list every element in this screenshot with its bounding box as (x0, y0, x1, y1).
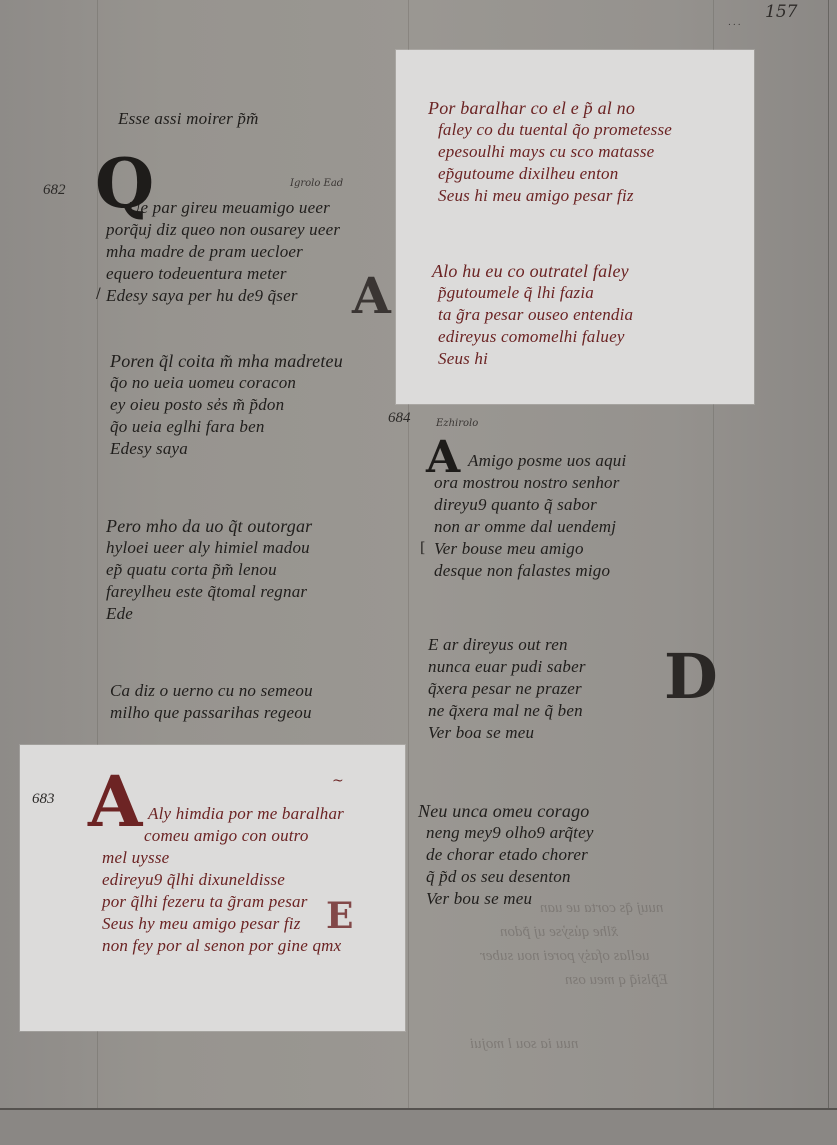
verse-line: Seus hi meu amigo pesar fiz (428, 185, 672, 207)
folio-number: 157 (765, 2, 797, 22)
verse-line: Aly himdia por me baralhar (102, 803, 344, 825)
verse-line: Pero mho da uo q̃t outorgar (106, 515, 312, 537)
stanza-e: E ar direyus out ren nunca euar pudi sab… (428, 634, 586, 744)
verse-line: direyu9 quanto q̃ sabor (434, 494, 626, 516)
verse-line: nunca euar pudi saber (428, 656, 586, 678)
verse-line: faley co du tuental q̃o prometesse (428, 119, 672, 141)
verse-line: Alo hu eu co outratel faley (432, 260, 633, 282)
verse-line: fareylheu este q̃tomal regnar (106, 581, 312, 603)
verse-line: q̃xera pesar ne prazer (428, 678, 586, 700)
verse-line: Esse assi moirer p̃m̃ (118, 108, 259, 130)
verse-line: Amigo posme uos aqui (434, 450, 626, 472)
verse-line: Ver bou se meu (418, 888, 594, 910)
stanza-top-right: Por baralhar co el e p̃ al no faley co d… (428, 97, 672, 207)
verse-line: ora mostrou nostro senhor (434, 472, 626, 494)
verse-line: non fey por al senon por gine qmx (102, 935, 344, 957)
verse-line: Ver boa se meu (428, 722, 586, 744)
ornament-mark: ~ (332, 773, 344, 789)
verse-line: mel uysse (102, 847, 344, 869)
stanza-3: Pero mho da uo q̃t outorgar hyloei ueer … (106, 515, 312, 625)
verse-line: milho que passarihas regeou (110, 702, 313, 724)
verse-line: neng mey9 olho9 arq̃tey (418, 822, 594, 844)
stanza-2: Poren q̃l coita m̃ mha madreteu q̃o no u… (110, 350, 343, 460)
verse-line: edireyu9 q̃lhi dixuneldisse (102, 869, 344, 891)
verse-line: Ue par gireu meuamigo ueer (120, 197, 340, 219)
refrain-mark: [ (420, 540, 425, 556)
margin-rule-edge (828, 0, 829, 1108)
verse-line: ey oieu posto se̓s m̃ p̃don (110, 394, 343, 416)
verse-line: de chorar etado chorer (418, 844, 594, 866)
stanza-n: Neu unca omeu corago neng mey9 olho9 arq… (418, 800, 594, 910)
verse-line: q̃o no ueia uomeu coracon (110, 372, 343, 394)
bleed-through-line: Ep̃lsiq̃ q meu osn (565, 972, 668, 989)
verse-line: non ar omme dal uendemj (434, 516, 626, 538)
poem-number-682: 682 (43, 182, 66, 199)
verse-line: Edesy saya per hu de9 q̃ser (106, 285, 340, 307)
poem-number-683: 683 (32, 791, 55, 808)
verse-line: q̃o ueia eglhi fara ben (110, 416, 343, 438)
verse-line: q̃ p̃d os seu desenton (418, 866, 594, 888)
bleed-through-line: x̃lhe qu̓sy̓se uj p̃don (500, 924, 618, 941)
highlighted-region-bottom-left: 683 A ~ Aly himdia por me baralhar comeu… (20, 745, 405, 1031)
verse-line: ep̃gutoume dixilheu enton (428, 163, 672, 185)
margin-note-682: Igrolo Ead (290, 178, 343, 189)
verse-line: Ca diz o uerno cu no semeou (110, 680, 313, 702)
decorated-initial-e-ghost: E (326, 895, 353, 937)
bleed-through-line: uellas ofas̓y porei nou suber (480, 948, 649, 965)
verse-line: ta g̃ra pesar ouseo entendia (432, 304, 633, 326)
verse-line: ne q̃xera mal ne q̃ ben (428, 700, 586, 722)
verse-line: edireyus comomelhi faluey (432, 326, 633, 348)
margin-note-684: Ezhirolo (436, 418, 478, 429)
stanza-4: Ca diz o uerno cu no semeou milho que pa… (110, 680, 313, 724)
verse-line: ep̃ quatu corta p̃m̃ lenou (106, 559, 312, 581)
refrain-line: Esse assi moirer p̃m̃ (118, 108, 259, 130)
poem-number-684: 684 (388, 410, 411, 427)
verse-line: epesoulhi mays cu sco matasse (428, 141, 672, 163)
verse-line: Ver bouse meu amigo (434, 538, 626, 560)
poem-683-stanza: Aly himdia por me baralhar comeu amigo c… (102, 803, 344, 957)
verse-line: Neu unca omeu corago (418, 800, 594, 822)
manuscript-page: 157 ... nuuj q̃s corta ue uan x̃lhe qu̓s… (0, 0, 837, 1110)
poem-682-stanza-1: Ue par gireu meuamigo ueer porq̃uj diz q… (120, 197, 340, 307)
verse-line: p̃gutoumele q̃ lhi fazia (432, 282, 633, 304)
verse-line: Por baralhar co el e p̃ al no (428, 97, 672, 119)
top-right-dots: ... (728, 18, 743, 28)
verse-line: mha madre de pram uecloer (106, 241, 340, 263)
verse-line: Seus hi (432, 348, 633, 370)
verse-line: desque non falastes migo (434, 560, 626, 582)
decorated-initial-ghost: A (352, 266, 391, 325)
verse-line: E ar direyus out ren (428, 634, 586, 656)
verse-line: Seus hy meu amigo pesar fiz (102, 913, 344, 935)
verse-line: Edesy saya (110, 438, 343, 460)
page-bottom-edge (0, 1108, 837, 1145)
verse-line: por q̃lhi fezeru ta g̃ram pesar (102, 891, 344, 913)
highlighted-region-top-right: Por baralhar co el e p̃ al no faley co d… (396, 50, 754, 404)
verse-line: hyloei ueer aly himiel madou (106, 537, 312, 559)
verse-line: Ede (106, 603, 312, 625)
verse-line: porq̃uj diz queo non ousarey ueer (106, 219, 340, 241)
verse-line: comeu amigo con outro (102, 825, 344, 847)
large-margin-initial-d: D (664, 640, 718, 713)
refrain-mark: / (96, 286, 101, 302)
stanza-second-right: Alo hu eu co outratel faley p̃gutoumele … (432, 260, 633, 370)
verse-line: Poren q̃l coita m̃ mha madreteu (110, 350, 343, 372)
verse-line: equero todeuentura meter (106, 263, 340, 285)
bleed-through-line: nuu ia sou l mojui (470, 1036, 578, 1053)
poem-684-stanza-1: Amigo posme uos aqui ora mostrou nostro … (434, 450, 626, 582)
